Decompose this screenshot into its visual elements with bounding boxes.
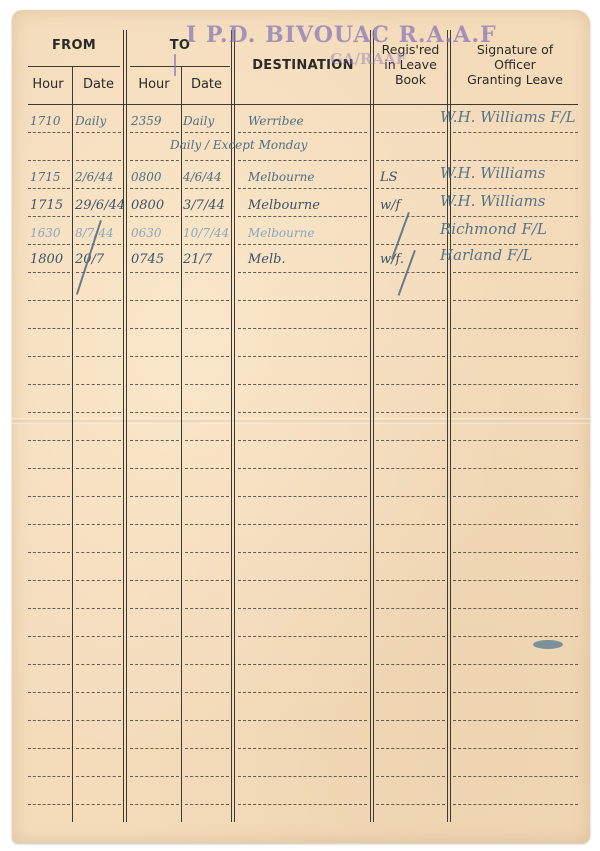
row-dash-line: [238, 328, 367, 329]
row-dash-line: [28, 328, 70, 329]
entry-from-date: 29/6/44: [75, 198, 125, 213]
row-dash-line: [238, 244, 367, 245]
row-dash-line: [130, 468, 179, 469]
row-dash-line: [28, 188, 70, 189]
row-dash-line: [76, 804, 121, 805]
entry-from-hour: 1715: [30, 198, 63, 213]
entry-to-hour: 0800: [131, 170, 162, 184]
row-dash-line: [185, 216, 229, 217]
row-dash-line: [130, 720, 179, 721]
row-dash-line: [453, 776, 578, 777]
row-dash-line: [185, 384, 229, 385]
row-dash-line: [28, 664, 70, 665]
row-dash-line: [28, 720, 70, 721]
row-dash-line: [76, 328, 121, 329]
row-dash-line: [238, 384, 367, 385]
row-dash-line: [453, 328, 578, 329]
row-dash-line: [76, 748, 121, 749]
row-dash-line: [453, 496, 578, 497]
row-dash-line: [130, 272, 179, 273]
row-dash-line: [185, 300, 229, 301]
row-dash-line: [376, 384, 445, 385]
entry-signature: Harland F/L: [440, 246, 532, 264]
row-dash-line: [376, 720, 445, 721]
row-dash-line: [76, 300, 121, 301]
row-dash-line: [28, 244, 70, 245]
row-dash-line: [28, 216, 70, 217]
row-dash-line: [185, 412, 229, 413]
row-dash-line: [28, 468, 70, 469]
stamp-mark: [174, 54, 176, 76]
row-dash-line: [453, 440, 578, 441]
row-dash-line: [453, 524, 578, 525]
row-dash-line: [76, 636, 121, 637]
row-dash-line: [376, 580, 445, 581]
row-dash-line: [185, 468, 229, 469]
row-dash-line: [185, 524, 229, 525]
row-dash-line: [28, 300, 70, 301]
entry-from-hour: 1800: [30, 252, 63, 267]
row-dash-line: [376, 328, 445, 329]
row-dash-line: [130, 244, 179, 245]
row-dash-line: [238, 524, 367, 525]
row-dash-line: [376, 468, 445, 469]
header-signature: Signature of Officer Granting Leave: [452, 42, 578, 87]
row-dash-line: [76, 496, 121, 497]
row-dash-line: [130, 664, 179, 665]
row-dash-line: [453, 188, 578, 189]
row-dash-line: [185, 356, 229, 357]
row-dash-line: [130, 216, 179, 217]
entry-to-hour: 0800: [131, 198, 164, 213]
header-from-hour: Hour: [26, 77, 70, 92]
row-dash-line: [376, 412, 445, 413]
unit-stamp-line2: GA/RAAF: [330, 50, 406, 68]
row-dash-line: [376, 132, 445, 133]
entry-to-date: 3/7/44: [183, 198, 225, 213]
row-dash-line: [28, 384, 70, 385]
row-dash-line: [376, 216, 445, 217]
row-dash-line: [130, 384, 179, 385]
entry-destination: Melb.: [248, 252, 286, 267]
row-dash-line: [130, 160, 179, 161]
row-dash-line: [185, 496, 229, 497]
entry-signature: Richmond F/L: [440, 220, 547, 238]
row-dash-line: [453, 720, 578, 721]
row-dash-line: [238, 300, 367, 301]
row-dash-line: [238, 440, 367, 441]
header-from-date: Date: [74, 77, 123, 92]
from-underline: [28, 66, 120, 67]
row-dash-line: [76, 384, 121, 385]
row-dash-line: [453, 244, 578, 245]
row-dash-line: [238, 356, 367, 357]
row-dash-line: [238, 468, 367, 469]
row-dash-line: [76, 244, 121, 245]
row-dash-line: [376, 524, 445, 525]
row-dash-line: [28, 552, 70, 553]
row-dash-line: [28, 496, 70, 497]
header-signature-line2: Officer: [452, 57, 578, 72]
row-dash-line: [376, 272, 445, 273]
row-dash-line: [185, 580, 229, 581]
entry-from-date: 2/6/44: [75, 170, 114, 184]
row-dash-line: [238, 216, 367, 217]
row-dash-line: [28, 412, 70, 413]
entry-to-hour: 2359: [131, 114, 162, 128]
row-dash-line: [76, 412, 121, 413]
entry-signature: W.H. Williams: [440, 192, 545, 210]
entry-destination: Melbourne: [248, 226, 314, 240]
row-dash-line: [185, 692, 229, 693]
entry-to-date: 10/7/44: [183, 226, 229, 240]
row-dash-line: [130, 328, 179, 329]
row-dash-line: [185, 804, 229, 805]
row-dash-line: [185, 720, 229, 721]
entry-from-hour: 1715: [30, 170, 61, 184]
row-dash-line: [28, 804, 70, 805]
row-dash-line: [453, 272, 578, 273]
row-dash-line: [185, 272, 229, 273]
row-dash-line: [76, 160, 121, 161]
row-dash-line: [453, 580, 578, 581]
row-dash-line: [76, 776, 121, 777]
row-dash-line: [453, 468, 578, 469]
row-dash-line: [238, 804, 367, 805]
row-dash-line: [76, 468, 121, 469]
entry-from-date: Daily: [75, 114, 106, 128]
row-dash-line: [185, 132, 229, 133]
entry-destination: Melbourne: [248, 198, 320, 213]
row-dash-line: [238, 664, 367, 665]
row-dash-line: [238, 748, 367, 749]
entry-note: Daily / Except Monday: [170, 138, 307, 152]
row-dash-line: [238, 636, 367, 637]
row-dash-line: [185, 188, 229, 189]
row-dash-line: [130, 552, 179, 553]
entry-to-hour: 0630: [131, 226, 162, 240]
row-dash-line: [185, 608, 229, 609]
row-dash-line: [185, 328, 229, 329]
row-dash-line: [28, 748, 70, 749]
row-dash-line: [185, 664, 229, 665]
row-dash-line: [28, 132, 70, 133]
row-dash-line: [185, 440, 229, 441]
row-dash-line: [185, 748, 229, 749]
row-dash-line: [238, 272, 367, 273]
entry-destination: Melbourne: [248, 170, 314, 184]
row-dash-line: [376, 776, 445, 777]
entry-destination: Werribee: [248, 114, 304, 128]
row-dash-line: [376, 748, 445, 749]
row-dash-line: [376, 636, 445, 637]
row-dash-line: [130, 300, 179, 301]
row-dash-line: [76, 552, 121, 553]
unit-stamp-line1: I P.D. BIVOUAC R.A.A.F: [186, 22, 497, 48]
divider-registered: [370, 30, 374, 822]
row-dash-line: [76, 720, 121, 721]
header-bottom-line: [28, 104, 578, 105]
row-dash-line: [28, 636, 70, 637]
divider-from-to: [123, 30, 127, 822]
row-dash-line: [376, 552, 445, 553]
row-dash-line: [238, 160, 367, 161]
row-dash-line: [76, 132, 121, 133]
row-dash-line: [238, 132, 367, 133]
header-from: FROM: [28, 38, 120, 53]
row-dash-line: [130, 188, 179, 189]
entry-signature: W.H. Williams: [440, 164, 545, 182]
divider-to: [181, 66, 182, 822]
row-dash-line: [28, 776, 70, 777]
row-dash-line: [28, 356, 70, 357]
entry-to-date: 21/7: [183, 252, 212, 267]
row-dash-line: [130, 608, 179, 609]
row-dash-line: [28, 692, 70, 693]
row-dash-line: [453, 160, 578, 161]
row-dash-line: [76, 188, 121, 189]
row-dash-line: [453, 300, 578, 301]
entry-to-date: 4/6/44: [183, 170, 222, 184]
row-dash-line: [130, 636, 179, 637]
row-dash-line: [453, 384, 578, 385]
row-dash-line: [453, 692, 578, 693]
row-dash-line: [238, 776, 367, 777]
row-dash-line: [453, 748, 578, 749]
row-dash-line: [130, 132, 179, 133]
row-dash-line: [238, 692, 367, 693]
row-dash-line: [130, 356, 179, 357]
row-dash-line: [453, 216, 578, 217]
row-dash-line: [376, 244, 445, 245]
row-dash-line: [376, 804, 445, 805]
row-dash-line: [238, 580, 367, 581]
entry-from-hour: 1630: [30, 226, 61, 240]
header-to-hour: Hour: [128, 77, 180, 92]
row-dash-line: [130, 692, 179, 693]
row-dash-line: [130, 776, 179, 777]
row-dash-line: [76, 356, 121, 357]
row-dash-line: [453, 412, 578, 413]
row-dash-line: [376, 664, 445, 665]
row-dash-line: [238, 608, 367, 609]
row-dash-line: [130, 580, 179, 581]
row-dash-line: [453, 356, 578, 357]
row-dash-line: [76, 608, 121, 609]
row-dash-line: [376, 188, 445, 189]
row-dash-line: [238, 412, 367, 413]
entry-from-hour: 1710: [30, 114, 61, 128]
row-dash-line: [185, 776, 229, 777]
row-dash-line: [130, 748, 179, 749]
row-dash-line: [453, 608, 578, 609]
entry-to-date: Daily: [183, 114, 214, 128]
row-dash-line: [28, 608, 70, 609]
row-dash-line: [376, 608, 445, 609]
row-dash-line: [76, 524, 121, 525]
row-dash-line: [376, 692, 445, 693]
row-dash-line: [238, 720, 367, 721]
header-registered-line3: Book: [374, 72, 447, 87]
row-dash-line: [76, 664, 121, 665]
row-dash-line: [376, 440, 445, 441]
row-dash-line: [28, 272, 70, 273]
row-dash-line: [28, 160, 70, 161]
row-dash-line: [28, 524, 70, 525]
row-dash-line: [453, 664, 578, 665]
row-dash-line: [185, 552, 229, 553]
fold-crease: [12, 418, 590, 424]
row-dash-line: [453, 552, 578, 553]
row-dash-line: [76, 440, 121, 441]
row-dash-line: [238, 188, 367, 189]
row-dash-line: [238, 552, 367, 553]
row-dash-line: [453, 804, 578, 805]
leave-card: [12, 10, 590, 843]
entry-signature: W.H. Williams F/L: [440, 108, 576, 126]
divider-from: [72, 66, 73, 822]
row-dash-line: [76, 692, 121, 693]
row-dash-line: [28, 440, 70, 441]
row-dash-line: [185, 636, 229, 637]
to-underline: [130, 66, 230, 67]
divider-signature: [447, 30, 451, 822]
entry-to-hour: 0745: [131, 252, 164, 267]
row-dash-line: [28, 580, 70, 581]
row-dash-line: [453, 132, 578, 133]
entry-registered: w/f: [380, 198, 400, 213]
row-dash-line: [76, 580, 121, 581]
row-dash-line: [238, 496, 367, 497]
row-dash-line: [76, 216, 121, 217]
row-dash-line: [453, 636, 578, 637]
row-dash-line: [130, 524, 179, 525]
row-dash-line: [130, 804, 179, 805]
header-to-date: Date: [183, 77, 230, 92]
ink-blot: [533, 640, 563, 649]
row-dash-line: [376, 300, 445, 301]
row-dash-line: [130, 496, 179, 497]
row-dash-line: [185, 244, 229, 245]
row-dash-line: [376, 496, 445, 497]
header-signature-line3: Granting Leave: [452, 72, 578, 87]
row-dash-line: [185, 160, 229, 161]
entry-registered: LS: [380, 170, 398, 185]
row-dash-line: [376, 160, 445, 161]
row-dash-line: [376, 356, 445, 357]
row-dash-line: [130, 440, 179, 441]
row-dash-line: [130, 412, 179, 413]
